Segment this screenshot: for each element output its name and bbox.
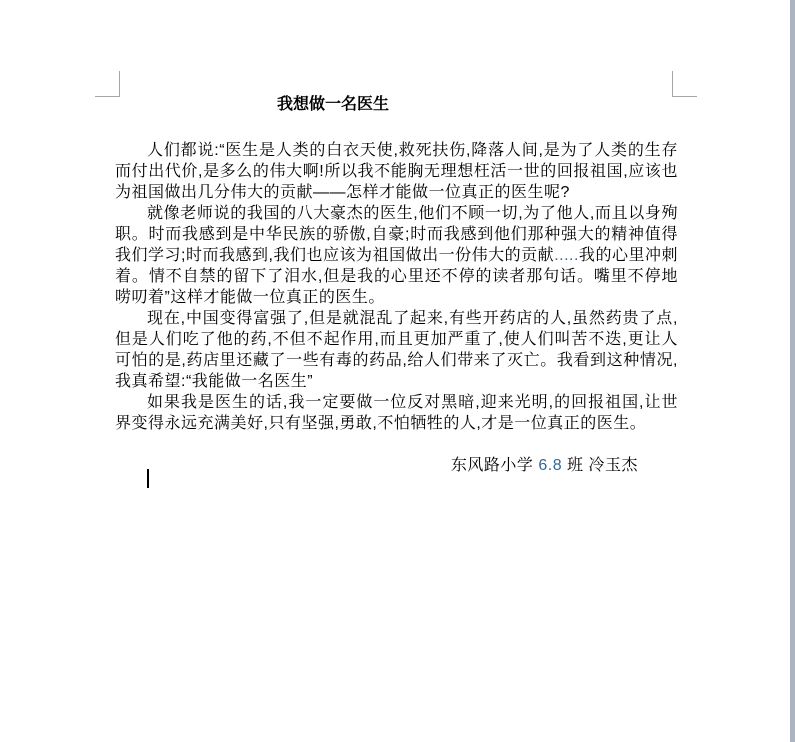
margin-crop-mark-top-right bbox=[672, 71, 697, 97]
signature-class-number: 6.8 bbox=[538, 457, 562, 474]
signature-author: 班 冷玉杰 bbox=[562, 457, 638, 474]
signature-school: 东风路小学 bbox=[451, 457, 538, 474]
paragraph-2-ellipsis-dots: ..... bbox=[554, 247, 579, 264]
signature-line[interactable]: 东风路小学 6.8 班 冷玉杰 bbox=[115, 455, 678, 476]
text-caret bbox=[147, 469, 149, 488]
right-window-edge-strip bbox=[790, 0, 795, 742]
document-title: 我想做一名医生 bbox=[115, 96, 678, 113]
paragraph-1[interactable]: 人们都说:“医生是人类的白衣天使,救死扶伤,降落人间,是为了人类的生存而付出代价… bbox=[115, 140, 678, 203]
paragraph-3[interactable]: 现在,中国变得富强了,但是就混乱了起来,有些开药店的人,虽然药贵了点,但是人们吃… bbox=[115, 308, 678, 392]
paragraph-2[interactable]: 就像老师说的我国的八大豪杰的医生,他们不顾一切,为了他人,而且以身殉职。时而我感… bbox=[115, 203, 678, 308]
margin-crop-mark-top-left bbox=[95, 71, 120, 97]
paragraph-4[interactable]: 如果我是医生的话,我一定要做一位反对黑暗,迎来光明,的回报祖国,让世界变得永远充… bbox=[115, 392, 678, 434]
document-text-area[interactable]: 我想做一名医生 人们都说:“医生是人类的白衣天使,救死扶伤,降落人间,是为了人类… bbox=[115, 96, 678, 476]
